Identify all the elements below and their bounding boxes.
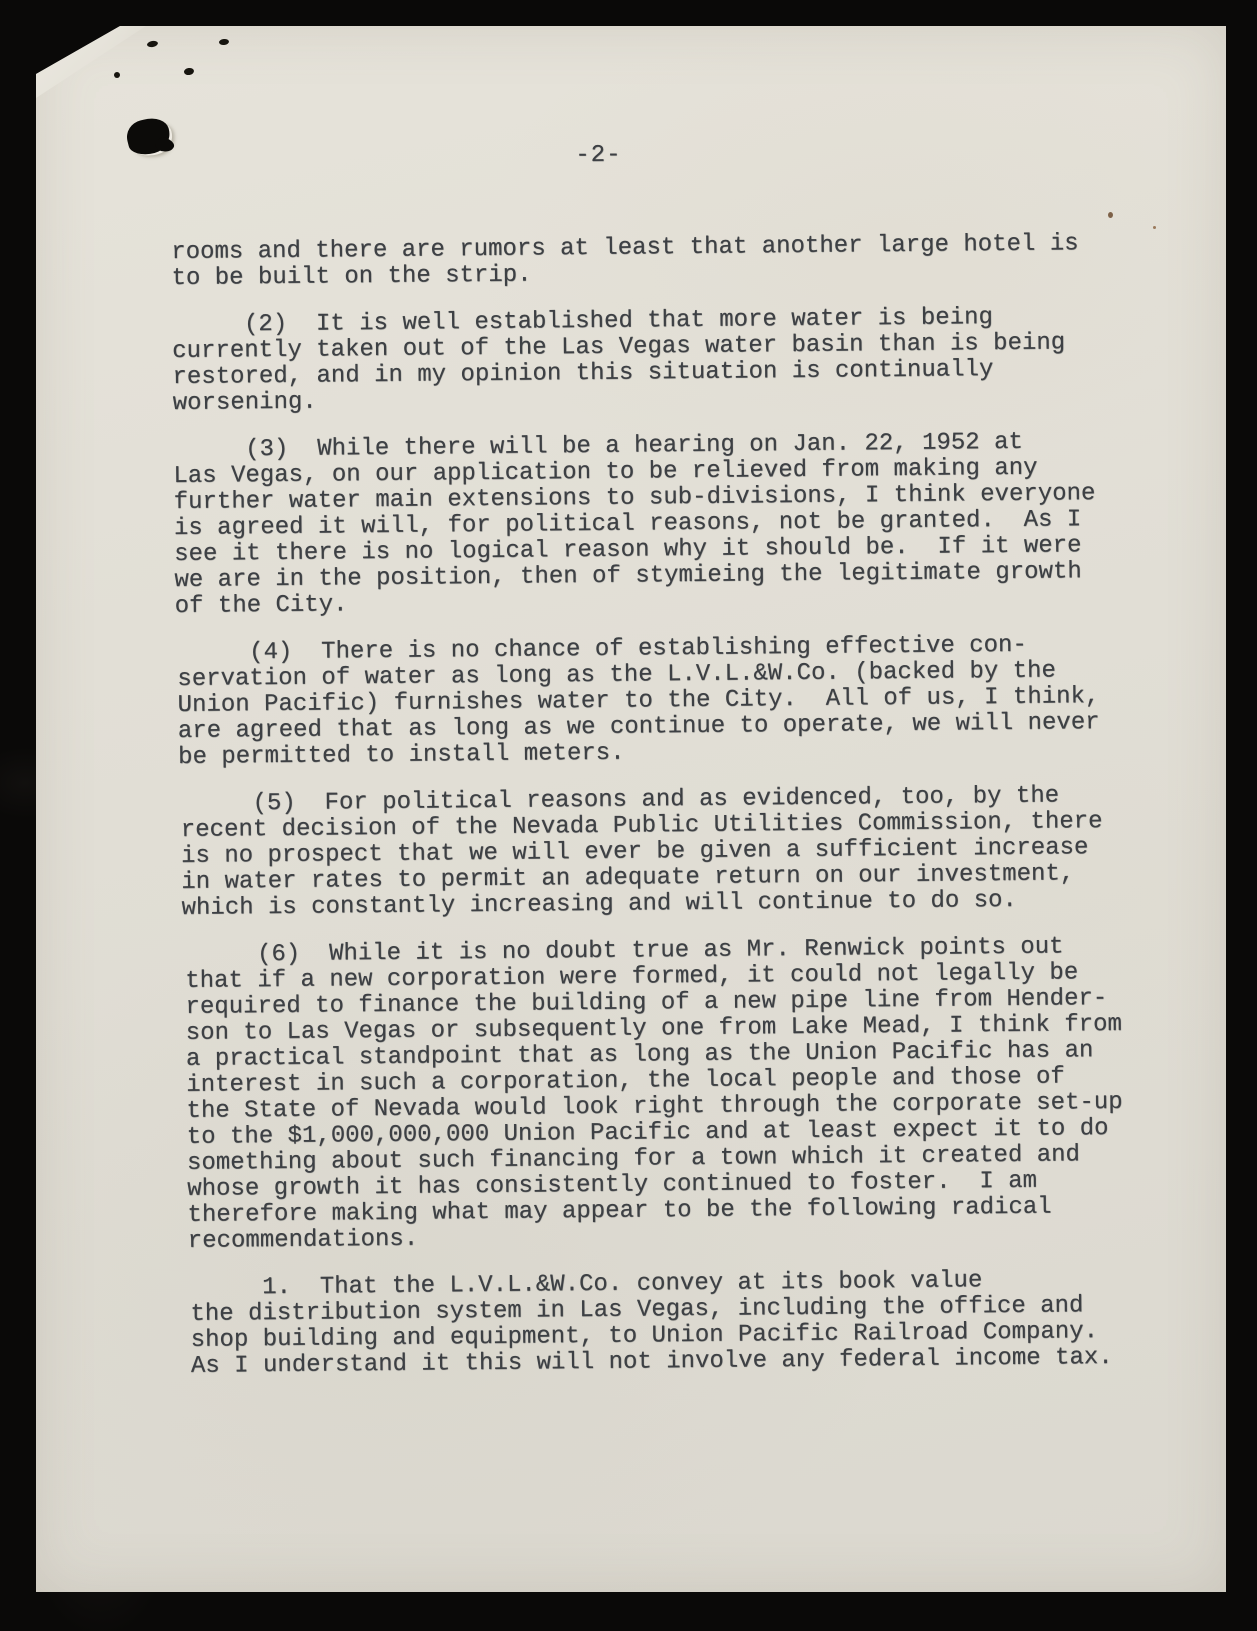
staple-hole	[219, 38, 230, 45]
folded-corner	[36, 26, 146, 98]
torn-punch-hole	[123, 114, 173, 158]
paragraph: (6) While it is no doubt true as Mr. Ren…	[185, 933, 1181, 1255]
document-page: -2- rooms and there are rumors at least …	[36, 26, 1226, 1592]
document-body: rooms and there are rumors at least that…	[170, 111, 1182, 1380]
paragraph: 1. That the L.V.L.&W.Co. convey at its b…	[190, 1266, 1182, 1380]
paragraph: (2) It is well established that more wat…	[172, 303, 1173, 417]
staple-hole	[184, 67, 195, 75]
paragraph: (4) There is no chance of establishing e…	[177, 631, 1176, 771]
staple-hole	[114, 72, 120, 78]
page-number: -2-	[575, 143, 621, 169]
paragraph: (5) For political reasons and as evidenc…	[180, 782, 1177, 922]
staple-hole	[147, 40, 159, 48]
scanner-background: -2- rooms and there are rumors at least …	[0, 0, 1257, 1631]
paragraph: rooms and there are rumors at least that…	[171, 230, 1171, 292]
typewritten-text-block: -2- rooms and there are rumors at least …	[170, 111, 1182, 1380]
paragraph: (3) While there will be a hearing on Jan…	[173, 428, 1175, 620]
